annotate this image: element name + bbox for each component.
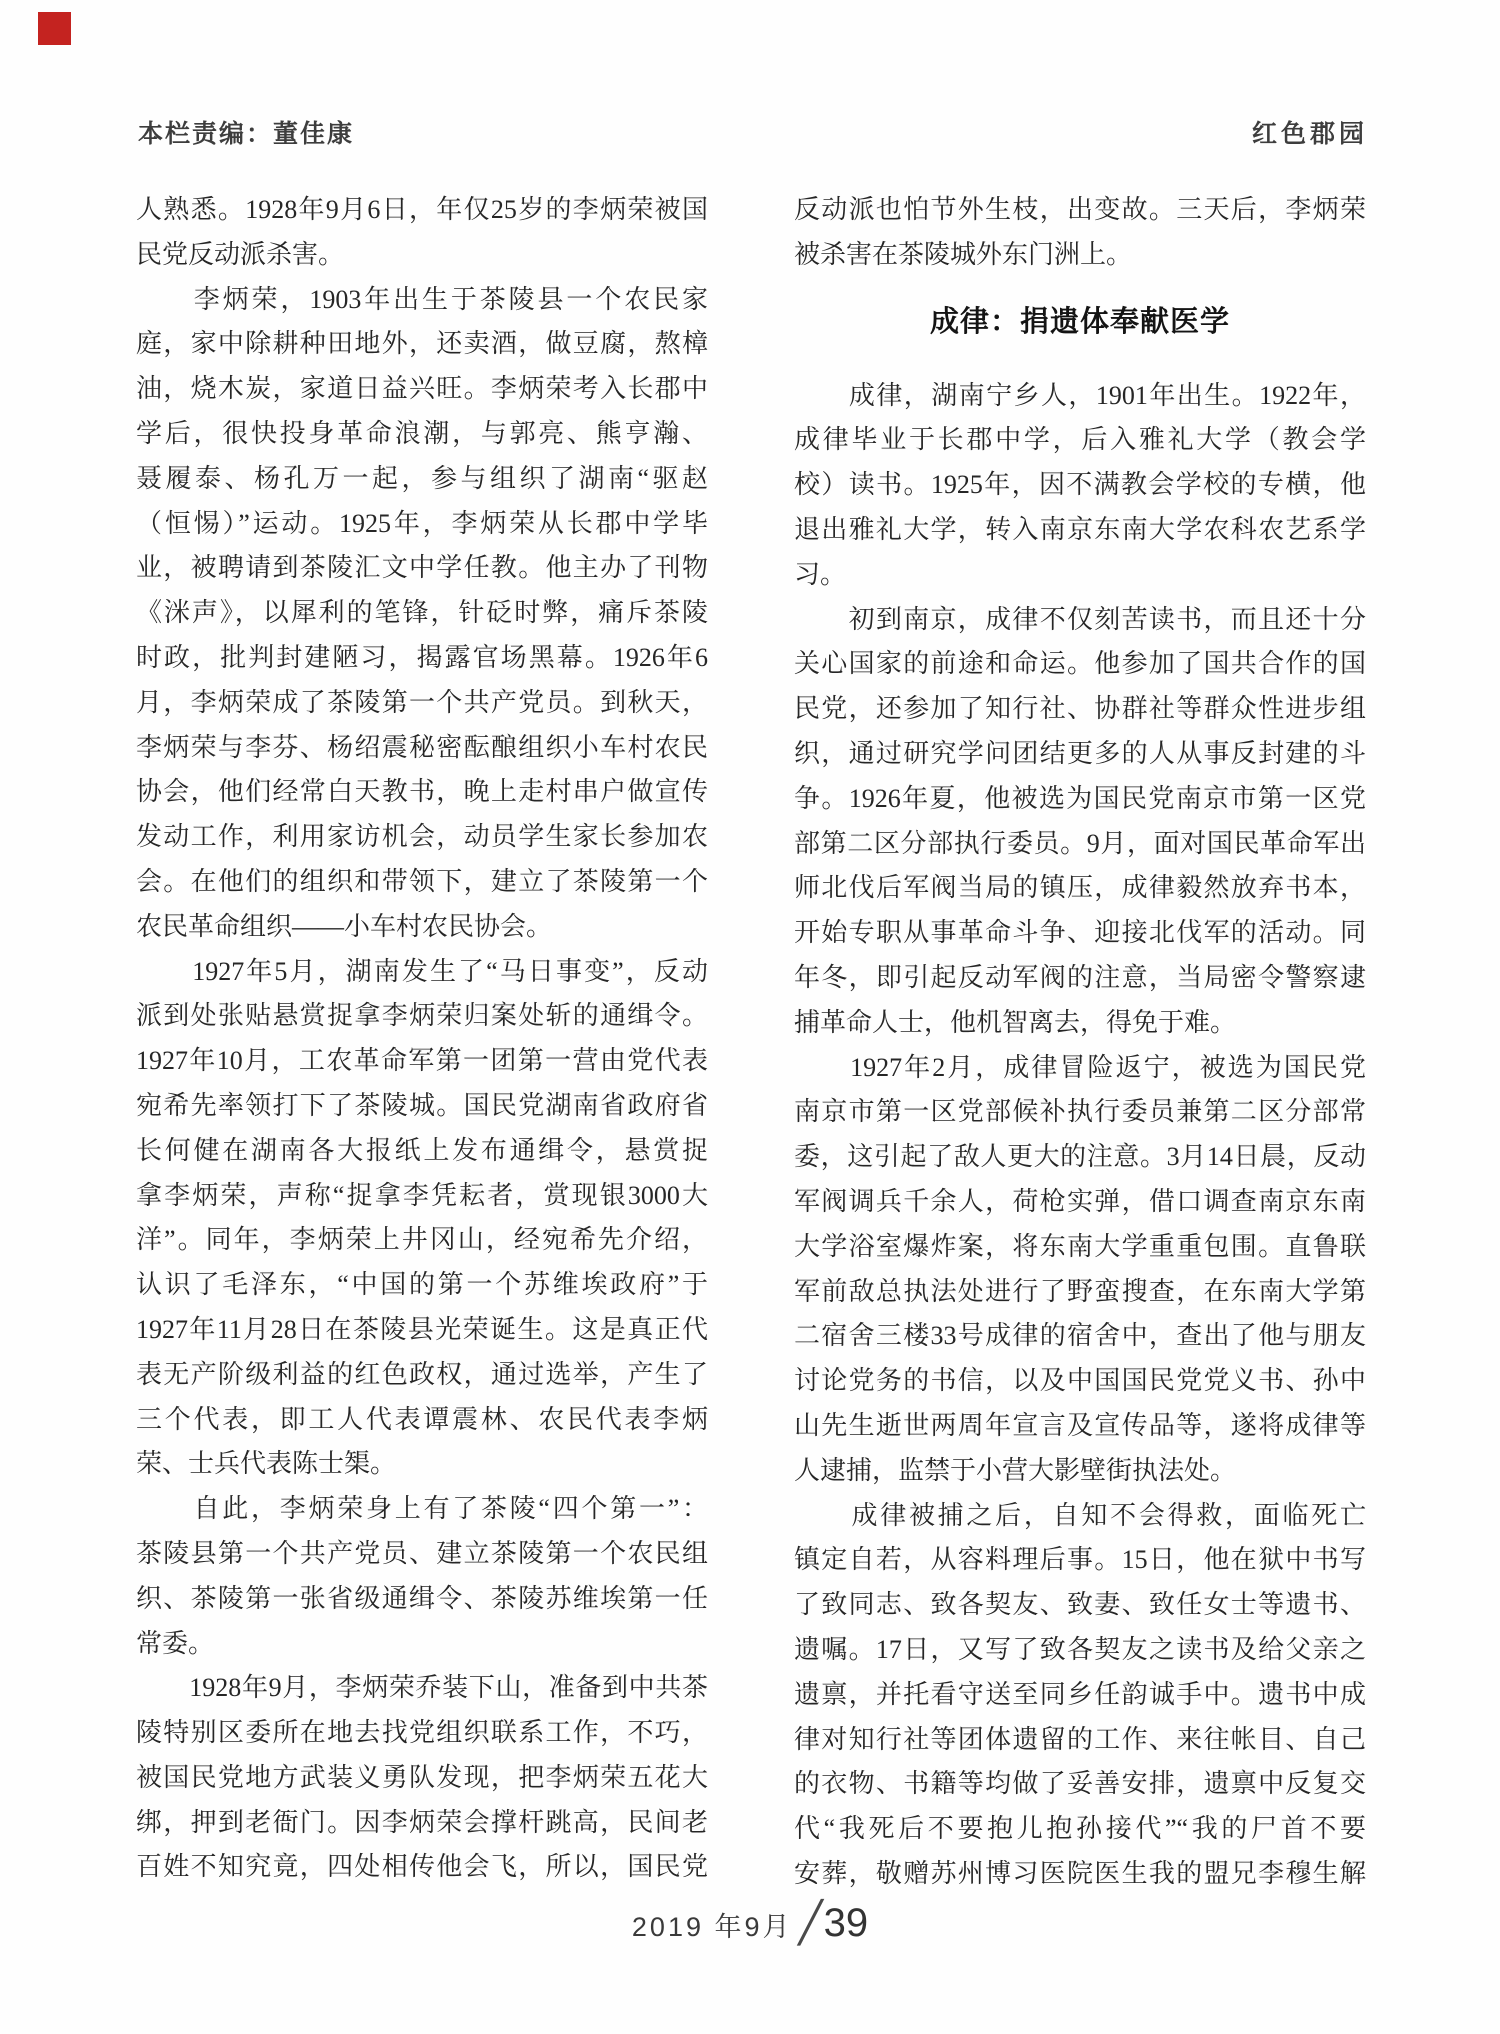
text-line: 认识了毛泽东，“中国的第一个苏维埃政府”于: [136, 1263, 708, 1308]
text-line: 关心国家的前途和命运。他参加了国共合作的国: [794, 642, 1366, 687]
text-line: 绑，押到老衙门。因李炳荣会撑杆跳高，民间老: [136, 1801, 708, 1846]
text-line: 代“我死后不要抱儿抱孙接代”“我的尸首不要: [794, 1807, 1366, 1852]
text-line: 自此，李炳荣身上有了茶陵“四个第一”：: [136, 1487, 708, 1532]
text-line: 了致同志、致各契友、致妻、致任女士等遗书、: [794, 1583, 1366, 1628]
text-line: 1927年11月28日在茶陵县光荣诞生。这是真正代: [136, 1308, 708, 1353]
text-line: 镇定自若，从容料理后事。15日，他在狱中书写: [794, 1538, 1366, 1583]
text-line: 成律毕业于长郡中学，后入雅礼大学（教会学: [794, 418, 1366, 463]
text-line: 织，通过研究学问团结更多的人从事反封建的斗: [794, 732, 1366, 777]
text-line: 1928年9月，李炳荣乔装下山，准备到中共茶: [136, 1666, 708, 1711]
footer-page-number: 39: [824, 1901, 869, 1946]
text-line: 陵特别区委所在地去找党组织联系工作，不巧，: [136, 1711, 708, 1756]
text-line: 部第二区分部执行委员。9月，面对国民革命军出: [794, 822, 1366, 867]
text-line: 发动工作，利用家访机会，动员学生家长参加农: [136, 815, 708, 860]
text-line: 年冬，即引起反动军阀的注意，当局密令警察逮: [794, 956, 1366, 1001]
text-line: 大学浴室爆炸案，将东南大学重重包围。直鲁联: [794, 1225, 1366, 1270]
text-line: 百姓不知究竟，四处相传他会飞，所以，国民党: [136, 1845, 708, 1890]
text-line: 聂履泰、杨孔万一起，参与组织了湖南“驱赵: [136, 457, 708, 502]
text-line: 南京市第一区党部候补执行委员兼第二区分部常: [794, 1090, 1366, 1135]
text-line: 人逮捕，监禁于小营大影壁街执法处。: [794, 1449, 1366, 1494]
text-line: 1927年5月，湖南发生了“马日事变”，反动: [136, 950, 708, 995]
text-line: 人熟悉。1928年9月6日，年仅25岁的李炳荣被国: [136, 188, 708, 233]
text-line: 茶陵县第一个共产党员、建立茶陵第一个农民组: [136, 1532, 708, 1577]
text-line: 三个代表，即工人代表谭震林、农民代表李炳: [136, 1398, 708, 1443]
magazine-page: 本栏责编：董佳康 红色郡园 人熟悉。1928年9月6日，年仅25岁的李炳荣被国民…: [0, 0, 1500, 2034]
editor-credit: 本栏责编：董佳康: [138, 114, 354, 150]
article-column-right: 反动派也怕节外生枝，出变故。三天后，李炳荣被杀害在茶陵城外东门洲上。 成律：捐遗…: [794, 188, 1366, 1897]
text-line: 校）读书。1925年，因不满教会学校的专横，他: [794, 463, 1366, 508]
column-lines-after-heading: 成律，湖南宁乡人，1901年出生。1922年，成律毕业于长郡中学，后入雅礼大学（…: [794, 374, 1366, 1897]
section-title: 红色郡园: [1252, 114, 1368, 150]
text-line: 遗嘱。17日，又写了致各契友之读书及给父亲之: [794, 1628, 1366, 1673]
text-line: 初到南京，成律不仅刻苦读书，而且还十分: [794, 598, 1366, 643]
text-line: 1927年10月，工农革命军第一团第一营由党代表: [136, 1039, 708, 1084]
text-line: 民党反动派杀害。: [136, 233, 708, 278]
text-line: 军前敌总执法处进行了野蛮搜查，在东南大学第: [794, 1270, 1366, 1315]
text-line: 被杀害在茶陵城外东门洲上。: [794, 233, 1366, 278]
text-line: 荣、士兵代表陈士榘。: [136, 1442, 708, 1487]
text-line: 表无产阶级利益的红色政权，通过选举，产生了: [136, 1353, 708, 1398]
text-line: 二宿舍三楼33号成律的宿舍中，查出了他与朋友: [794, 1314, 1366, 1359]
text-line: 遗禀，并托看守送至同乡任韵诚手中。遗书中成: [794, 1673, 1366, 1718]
text-line: 时政，批判封建陋习，揭露官场黑幕。1926年6: [136, 636, 708, 681]
text-line: 民党，还参加了知行社、协群社等群众性进步组: [794, 687, 1366, 732]
text-line: 争。1926年夏，他被选为国民党南京市第一区党: [794, 777, 1366, 822]
text-line: 常委。: [136, 1622, 708, 1667]
text-line: 退出雅礼大学，转入南京东南大学农科农艺系学: [794, 508, 1366, 553]
text-line: 派到处张贴悬赏捉拿李炳荣归案处斩的通缉令。: [136, 994, 708, 1039]
text-line: 律对知行社等团体遗留的工作、来往帐目、自己: [794, 1718, 1366, 1763]
text-line: 师北伐后军阀当局的镇压，成律毅然放弃书本，: [794, 866, 1366, 911]
text-line: 洋”。同年，李炳荣上井冈山，经宛希先介绍，: [136, 1218, 708, 1263]
text-line: 委，这引起了敌人更大的注意。3月14日晨，反动: [794, 1135, 1366, 1180]
text-line: 业，被聘请到茶陵汇文中学任教。他主办了刊物: [136, 546, 708, 591]
text-line: 被国民党地方武装义勇队发现，把李炳荣五花大: [136, 1756, 708, 1801]
text-line: 《洣声》，以犀利的笔锋，针砭时弊，痛斥茶陵: [136, 591, 708, 636]
text-line: 李炳荣，1903年出生于茶陵县一个农民家: [136, 278, 708, 323]
text-line: 月，李炳荣成了茶陵第一个共产党员。到秋天，: [136, 681, 708, 726]
text-line: 山先生逝世两周年宣言及宣传品等，遂将成律等: [794, 1404, 1366, 1449]
text-line: 讨论党务的书信，以及中国国民党党义书、孙中: [794, 1359, 1366, 1404]
page-footer: 2019 年9月 ╱ 39: [0, 1900, 1500, 1946]
column-lines-before-heading: 反动派也怕节外生枝，出变故。三天后，李炳荣被杀害在茶陵城外东门洲上。: [794, 188, 1366, 278]
text-line: 军阀调兵千余人，荷枪实弹，借口调查南京东南: [794, 1180, 1366, 1225]
text-line: 长何健在湖南各大报纸上发布通缉令，悬赏捉: [136, 1129, 708, 1174]
footer-date: 2019 年9月: [632, 1905, 793, 1944]
text-line: 油，烧木炭，家道日益兴旺。李炳荣考入长郡中: [136, 367, 708, 412]
text-line: （恒惕）”运动。1925年，李炳荣从长郡中学毕: [136, 502, 708, 547]
text-line: 拿李炳荣，声称“捉拿李凭耘者，赏现银3000大: [136, 1174, 708, 1219]
text-line: 农民革命组织——小车村农民协会。: [136, 905, 708, 950]
text-line: 1927年2月，成律冒险返宁，被选为国民党: [794, 1046, 1366, 1091]
text-line: 成律，湖南宁乡人，1901年出生。1922年，: [794, 374, 1366, 419]
text-line: 织、茶陵第一张省级通缉令、茶陵苏维埃第一任: [136, 1577, 708, 1622]
text-line: 庭，家中除耕种田地外，还卖酒，做豆腐，熬樟: [136, 322, 708, 367]
text-line: 的衣物、书籍等均做了妥善安排，遗禀中反复交: [794, 1762, 1366, 1807]
text-line: 习。: [794, 553, 1366, 598]
text-line: 会。在他们的组织和带领下，建立了茶陵第一个: [136, 860, 708, 905]
text-line: 捕革命人士，他机智离去，得免于难。: [794, 1001, 1366, 1046]
article-column-left: 人熟悉。1928年9月6日，年仅25岁的李炳荣被国民党反动派杀害。 李炳荣，19…: [136, 188, 708, 1890]
text-line: 成律被捕之后，自知不会得救，面临死亡: [794, 1494, 1366, 1539]
text-line: 协会，他们经常白天教书，晚上走村串户做宣传: [136, 770, 708, 815]
text-line: 宛希先率领打下了茶陵城。国民党湖南省政府省: [136, 1084, 708, 1129]
footer-slash-icon: ╱: [799, 1900, 823, 1946]
article-heading: 成律：捐遗体奉献医学: [794, 296, 1366, 348]
red-corner-mark: [38, 12, 71, 45]
text-line: 学后，很快投身革命浪潮，与郭亮、熊亨瀚、: [136, 412, 708, 457]
text-line: 安葬，敬赠苏州博习医院医生我的盟兄李穆生解: [794, 1852, 1366, 1897]
text-line: 反动派也怕节外生枝，出变故。三天后，李炳荣: [794, 188, 1366, 233]
text-line: 李炳荣与李芬、杨绍震秘密酝酿组织小车村农民: [136, 726, 708, 771]
text-line: 开始专职从事革命斗争、迎接北伐军的活动。同: [794, 911, 1366, 956]
